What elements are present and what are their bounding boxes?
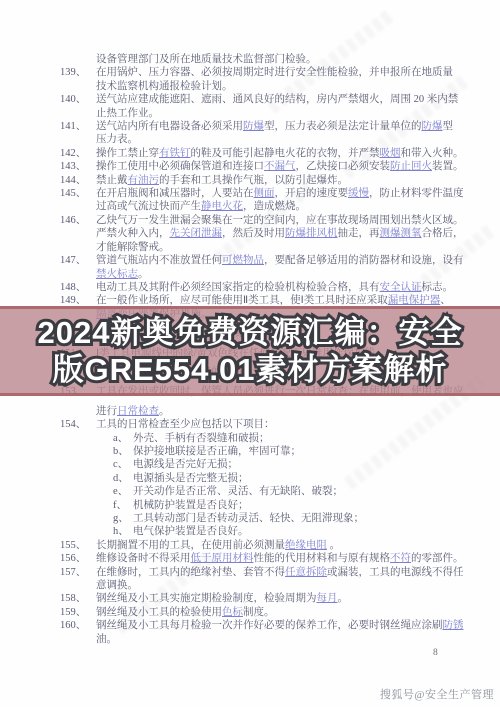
line-text: 的鞋及可能引起静电火花的衣物，并严禁	[191, 148, 380, 159]
line-text: 意调换。	[96, 580, 138, 591]
line-text: 设备管理部门及所在地质量技术监督部门检验。	[96, 54, 317, 65]
doc-line: 压力表。	[60, 133, 460, 146]
line-number: c、	[113, 458, 133, 471]
line-text: 的零部件。	[411, 553, 464, 564]
line-text: 电动工具及其附件必须经国家指定的检验机构检验合格，具有	[96, 282, 380, 293]
line-number: h、	[113, 525, 133, 538]
line-text: ，开启的速度要	[275, 188, 349, 199]
line-text: 钢丝绳及小工具每月检验一次并作好必要的保养工作，必要时钢丝绳应涂刷	[96, 620, 443, 631]
scanned-document-page: 设备管理部门及所在地质量技术监督部门检验。139、在用锅炉、压力容器、必须按周期…	[0, 0, 500, 707]
doc-line: 油。	[60, 633, 460, 646]
doc-line: f、机械防护装置是否良好；	[60, 499, 460, 512]
line-text: 型	[443, 121, 454, 132]
line-text: 在一般作业场所，应尽可能使用Ⅱ类工具，使Ⅰ类工具时还应采取	[96, 295, 388, 306]
line-text: 操作工使用中必须确保管道和连接口	[96, 161, 264, 172]
inline-link[interactable]: 缓慢	[348, 188, 369, 199]
doc-line: a、外壳、手柄有否裂缝和破损；	[60, 432, 460, 445]
inline-link[interactable]: 安全认证	[380, 282, 422, 293]
doc-line: 才能解除警戒。	[60, 241, 460, 254]
line-text: 操作工禁止穿	[96, 148, 159, 159]
line-number: 157、	[60, 566, 96, 579]
inline-link[interactable]: 防爆	[422, 121, 443, 132]
inline-link[interactable]: 静电火花	[201, 201, 243, 212]
line-text: 进行	[96, 406, 117, 417]
line-text: 在开启瓶阀和减压器时，人要站在	[96, 188, 254, 199]
doc-line: 148、电动工具及其附件必须经国家指定的检验机构检验合格，具有安全认证标志。	[60, 281, 460, 294]
line-text: 和带入火种。	[401, 148, 464, 159]
line-text: 电源插头是否完整无损；	[133, 473, 249, 484]
doc-line: 141、送气站内所有电器设备必须采用防爆型，压力表必须是法定计量单位的防爆型	[60, 120, 460, 133]
line-number: 139、	[60, 66, 96, 79]
doc-line: 禁火标志。	[60, 268, 460, 281]
line-text: 送气站应建成能遮阳、遮雨、通风良好的结构，房内严禁烟火，周围 20 米内禁	[96, 94, 458, 105]
line-text: ，造成燃烧。	[243, 201, 306, 212]
line-number: 156、	[60, 552, 96, 565]
inline-link[interactable]: 防爆排风机	[285, 228, 338, 239]
doc-line: 145、在开启瓶阀和减压器时，人要站在侧面，开启的速度要缓慢，防止材料零件温度	[60, 187, 460, 200]
line-number: 140、	[60, 93, 96, 106]
line-text: 抽走，再	[338, 228, 380, 239]
line-text: 钢丝绳及小工具的检验使用	[96, 607, 222, 618]
line-text: 维修设备时不得采用	[96, 553, 191, 564]
line-text: 。	[338, 593, 349, 604]
doc-line: 139、在用锅炉、压力容器、必须按周期定时进行安全性能检验，并申报所在地质量	[60, 66, 460, 79]
line-text: 送气站内所有电器设备必须采用	[96, 121, 243, 132]
line-text: 压力表。	[96, 134, 138, 145]
doc-line: 158、钢丝绳及小工具实施定期检验制度，检验周期为每月。	[60, 592, 460, 605]
line-number: f、	[113, 499, 133, 512]
line-number: 154、	[60, 418, 96, 431]
line-text: 型，压力表必须是法定计量单位的	[264, 121, 422, 132]
line-number: 147、	[60, 254, 96, 267]
line-text: 外壳、手柄有否裂缝和破损；	[133, 433, 270, 444]
line-number: d、	[113, 472, 133, 485]
doc-line: 143、操作工使用中必须确保管道和连接口不漏气，乙炔接口必须安装防止回火装置。	[60, 160, 460, 173]
line-text: 电气保护装置是否良好。	[133, 526, 249, 537]
inline-link[interactable]: 色标	[222, 607, 243, 618]
line-text: 止热工作业。	[96, 108, 159, 119]
line-number: 158、	[60, 592, 96, 605]
line-text: 油。	[96, 634, 117, 645]
line-text: 合格后，	[422, 228, 464, 239]
line-number: 141、	[60, 120, 96, 133]
doc-line: 146、乙炔气万一发生泄漏会聚集在一定的空间内，应在事故现场周围划出禁火区域。	[60, 214, 460, 227]
inline-link[interactable]: 吸烟	[380, 148, 401, 159]
line-text: 机械防护装置是否良好；	[133, 500, 249, 511]
doc-line: 157、在维修时，工具内的绝缘衬垫、套管不得任意拆除或漏装，工具的电源线不得任	[60, 566, 460, 579]
inline-link[interactable]: 可燃物品	[222, 255, 264, 266]
inline-link[interactable]: 漏电保护器	[388, 295, 441, 306]
line-text: 或漏装，工具的电源线不得任	[327, 567, 464, 578]
inline-link[interactable]: 低于原用材料	[191, 553, 254, 564]
doc-line: 过高或气流过快而产生静电火花，造成燃烧。	[60, 200, 460, 213]
inline-link[interactable]: 绝缘电阻	[285, 540, 327, 551]
promo-title-line1: 2024新奥免费资源汇编：安全	[38, 314, 463, 351]
line-text: 装置。	[432, 161, 464, 172]
inline-link[interactable]: 有油污	[128, 175, 160, 186]
line-number: 142、	[60, 147, 96, 160]
doc-line: 159、钢丝绳及小工具的检验使用色标制度。	[60, 606, 460, 619]
line-number: 155、	[60, 539, 96, 552]
promo-overlay: 2024新奥免费资源汇编：安全 版GRE554.01素材方案解析	[0, 306, 500, 396]
line-text: ，要配备足够适用的消防器材和设施，设有	[264, 255, 464, 266]
line-number: 159、	[60, 606, 96, 619]
doc-line: d、电源插头是否完整无损；	[60, 472, 460, 485]
line-number: 148、	[60, 281, 96, 294]
line-text: 管道气瓶站内不准放置任何	[96, 255, 222, 266]
line-text: 工具转动部门是否转动灵活、轻快、无阻滞现象；	[133, 513, 364, 524]
doc-line: 160、钢丝绳及小工具每月检验一次并作好必要的保养工作，必要时钢丝绳应涂刷防锈	[60, 619, 460, 632]
line-text: 。	[159, 406, 170, 417]
line-text: 。	[327, 540, 340, 551]
line-text: ，乙炔接口必须安装	[296, 161, 391, 172]
line-text: 钢丝绳及小工具实施定期检验制度，检验周期为	[96, 593, 317, 604]
line-number: b、	[113, 445, 133, 458]
inline-link[interactable]: 防锈	[443, 620, 464, 631]
inline-link[interactable]: 任意拆除	[285, 567, 327, 578]
doc-line: 156、维修设备时不得采用低于原用材料性能的代用材料和与原有规格不符的零部件。	[60, 552, 460, 565]
line-number: 143、	[60, 160, 96, 173]
inline-link[interactable]: 防止回火	[390, 161, 432, 172]
promo-title-line2: 版GRE554.01素材方案解析	[53, 351, 448, 388]
doc-line: c、电源线是否完好无损；	[60, 458, 460, 471]
line-text: 严禁火种入内，	[96, 228, 170, 239]
page-number: 8	[433, 648, 438, 658]
line-text: 开关动作是否正常、灵活、有无缺陷、破裂；	[133, 486, 343, 497]
line-text: 。	[138, 269, 149, 280]
inline-link[interactable]: 禁火标志	[96, 269, 138, 280]
doc-line: 155、长期搁置不用的工具，在使用前必须测量绝缘电阻 。	[60, 539, 460, 552]
doc-line: b、保护接地联接是否正确，牢固可靠；	[60, 445, 460, 458]
line-text: 保护接地联接是否正确，牢固可靠；	[133, 446, 301, 457]
doc-line: e、开关动作是否正常、灵活、有无缺陷、破裂；	[60, 485, 460, 498]
doc-line: 设备管理部门及所在地质量技术监督部门检验。	[60, 53, 460, 66]
line-text: 过高或气流过快而产生	[96, 201, 201, 212]
line-text: 禁止戴	[96, 175, 128, 186]
doc-line: 144、禁止戴有油污的手套和工具操作气瓶，以防引起爆炸。	[60, 174, 460, 187]
line-text: 技术监察机构通报检验计划。	[96, 81, 233, 92]
doc-line: 147、管道气瓶站内不准放置任何可燃物品，要配备足够适用的消防器材和设施，设有	[60, 254, 460, 267]
line-text: 的手套和工具操作气瓶，以防引起爆炸。	[159, 175, 348, 186]
line-number: 144、	[60, 174, 96, 187]
inline-link[interactable]: 每月	[317, 593, 338, 604]
line-text: 在维修时，工具内的绝缘衬垫、套管不得	[96, 567, 285, 578]
line-number: g、	[113, 512, 133, 525]
doc-line: 140、送气站应建成能遮阳、遮雨、通风良好的结构，房内严禁烟火，周围 20 米内…	[60, 93, 460, 106]
inline-link[interactable]: 测爆测氧	[380, 228, 422, 239]
line-text: 乙炔气万一发生泄漏会聚集在一定的空间内，应在事故现场周围划出禁火区域。	[96, 215, 464, 226]
line-number: 145、	[60, 187, 96, 200]
line-number: e、	[113, 485, 133, 498]
inline-link[interactable]: 不符	[390, 553, 411, 564]
doc-line: 154、工具的日常检查至少应包括以下项目：	[60, 418, 460, 431]
doc-line: g、工具转动部门是否转动灵活、轻快、无阻滞现象；	[60, 512, 460, 525]
line-number: 160、	[60, 619, 96, 632]
line-text: 在用锅炉、压力容器、必须按周期定时进行安全性能检验，并申报所在地质量	[96, 67, 453, 78]
line-text: ，防止材料零件温度	[369, 188, 464, 199]
doc-line: 意调换。	[60, 579, 460, 592]
doc-line: h、电气保护装置是否良好。	[60, 525, 460, 538]
doc-line: 严禁火种入内，先关闭泄漏，然后及时用防爆排风机抽走，再测爆测氧合格后，	[60, 227, 460, 240]
line-text: 长期搁置不用的工具，在使用前必须测量	[96, 540, 285, 551]
line-text: 工具的日常检查至少应包括以下项目：	[96, 419, 275, 430]
line-text: 标志。	[422, 282, 454, 293]
inline-link[interactable]: 日常检查	[117, 406, 159, 417]
inline-link[interactable]: 侧面	[254, 188, 275, 199]
line-number: 146、	[60, 214, 96, 227]
inline-link[interactable]: 防爆	[243, 121, 264, 132]
doc-line: 止热工作业。	[60, 107, 460, 120]
line-text: 制度。	[243, 607, 275, 618]
inline-link[interactable]: 不漏气	[264, 161, 296, 172]
doc-line: 进行日常检查。	[60, 405, 460, 418]
line-number: a、	[113, 432, 133, 445]
line-text: 、	[440, 295, 451, 306]
line-text: ，然后及时用	[222, 228, 285, 239]
doc-line: 142、操作工禁止穿有铁钉的鞋及可能引起静电火花的衣物，并严禁吸烟和带入火种。	[60, 147, 460, 160]
line-text: 才能解除警戒。	[96, 242, 170, 253]
footer-credit: 搜狐号@安全生产管理	[380, 686, 494, 702]
line-text: 性能的代用材料和与原有规格	[254, 553, 391, 564]
inline-link[interactable]: 有铁钉	[159, 148, 191, 159]
line-text: 电源线是否完好无损；	[133, 459, 238, 470]
inline-link[interactable]: 先关闭泄漏	[170, 228, 223, 239]
doc-line: 技术监察机构通报检验计划。	[60, 80, 460, 93]
